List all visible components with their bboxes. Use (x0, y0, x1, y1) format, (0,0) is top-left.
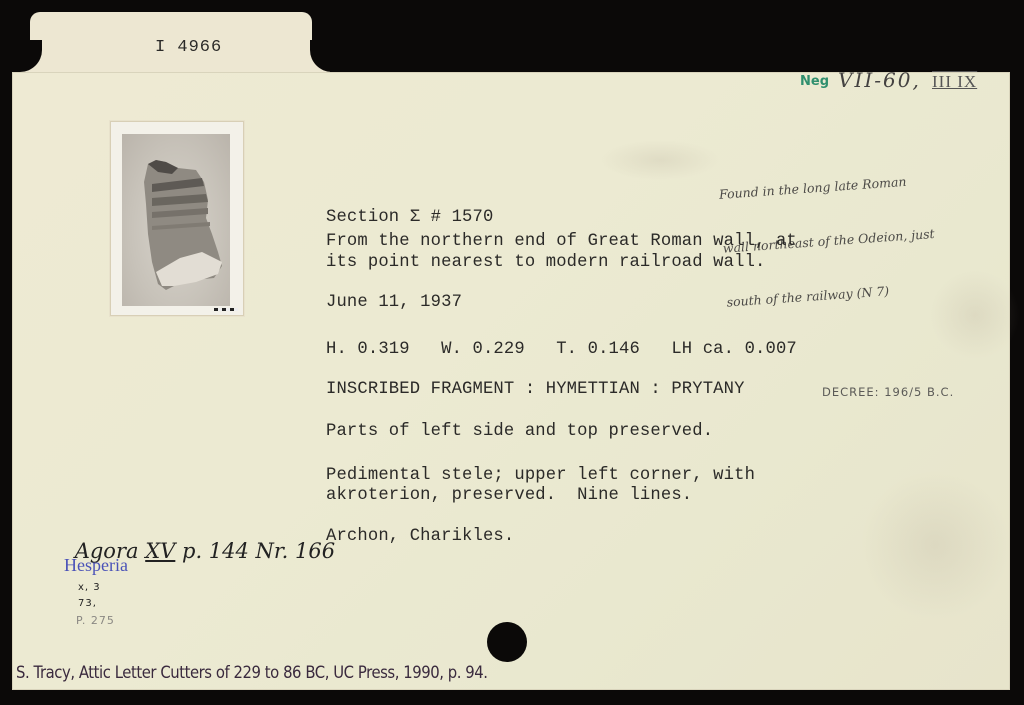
negative-number: VII-60, (838, 68, 921, 92)
paper-smudge (600, 140, 720, 180)
findspot-line-2: its point nearest to modern railroad wal… (326, 253, 766, 273)
bibliographic-citation: S. Tracy, Attic Letter Cutters of 229 to… (16, 663, 488, 682)
punch-hole (487, 622, 527, 662)
catalog-card-scan: I 4966 Neg VII-60, III IX Found in the l… (0, 0, 1024, 705)
inventory-number: I 4966 (155, 38, 222, 58)
description-line-1: Pedimental stele; upper left corner, wit… (326, 466, 755, 486)
findspot-note-line: Found in the long late Roman (719, 171, 932, 204)
findspot-note-line: south of the railway (N 7) (726, 279, 939, 312)
dimensions: H. 0.319 W. 0.229 T. 0.146 LH ca. 0.007 (326, 340, 797, 360)
preservation-note: Parts of left side and top preserved. (326, 422, 713, 442)
paper-smudge (930, 270, 1020, 360)
fragment-photo (110, 121, 244, 316)
agora-ref-page: p. 144 Nr. 166 (175, 539, 335, 563)
findspot-line-1: From the northern end of Great Roman wal… (326, 232, 797, 252)
photo-print (122, 134, 230, 306)
hesperia-volume: x, 3 (78, 582, 101, 593)
negative-roman-numerals: III IX (932, 72, 977, 92)
fragment-image (122, 134, 230, 306)
find-date: June 11, 1937 (326, 293, 462, 313)
photo-scale-bar (214, 308, 238, 311)
archon: Archon, Charikles. (326, 527, 514, 547)
section-number: Section Σ # 1570 (326, 208, 493, 228)
description-line-2: akroterion, preserved. Nine lines. (326, 486, 692, 506)
negative-label-stamp: Neg (800, 74, 829, 89)
agora-reference: Agora XV p. 144 Nr. 166 (48, 515, 335, 587)
hesperia-stamp: Hesperia (64, 555, 128, 576)
classification: INSCRIBED FRAGMENT : HYMETTIAN : PRYTANY (326, 380, 745, 400)
hesperia-page: P. 275 (76, 614, 115, 627)
hesperia-year: 73, (78, 598, 97, 609)
paper-smudge (860, 470, 1010, 620)
agora-ref-volume: XV (145, 539, 175, 563)
decree-date-note: DECREE: 196/5 B.C. (822, 385, 954, 399)
